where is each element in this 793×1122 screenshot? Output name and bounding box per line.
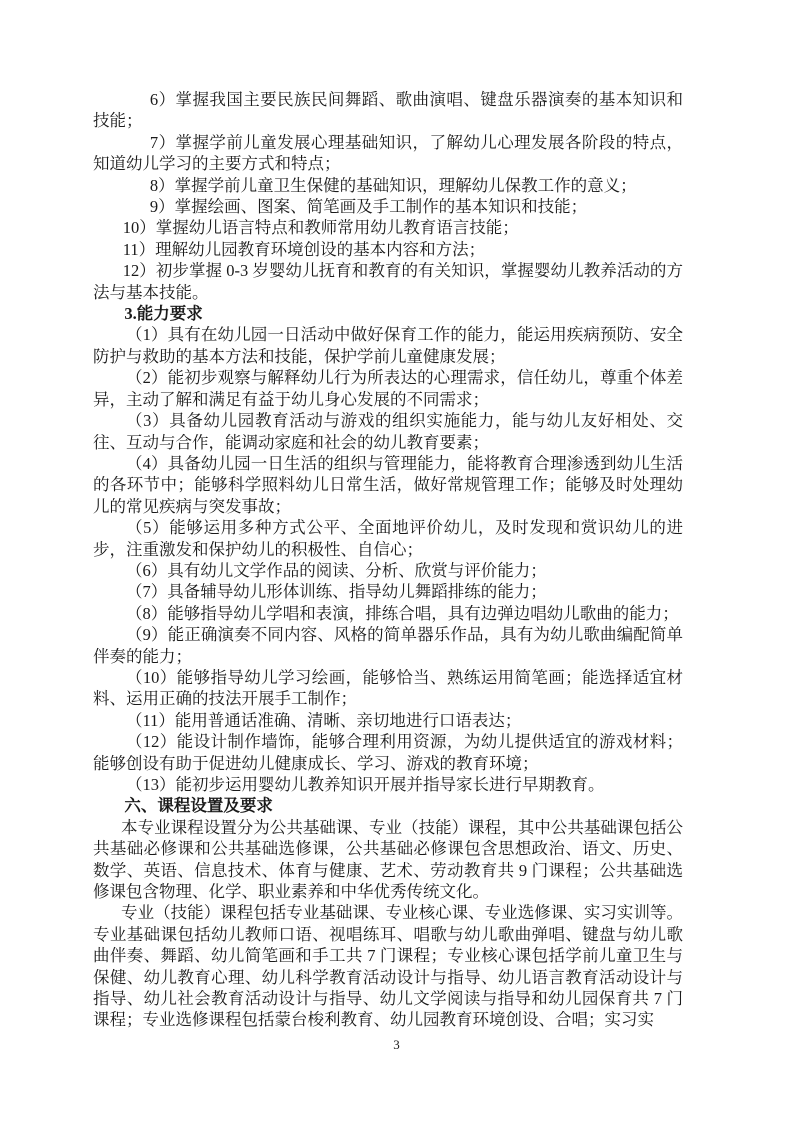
section-heading: 3.能力要求 (93, 303, 683, 324)
page-number: 3 (0, 1037, 793, 1053)
paragraph: （8）能够指导幼儿学唱和表演，排练合唱，具有边弹边唱幼儿歌曲的能力； (93, 603, 683, 624)
paragraph: 7）掌握学前儿童发展心理基础知识，了解幼儿心理发展各阶段的特点，知道幼儿学习的主… (93, 132, 683, 175)
document-page: 6）掌握我国主要民族民间舞蹈、歌曲演唱、键盘乐器演奏的基本知识和技能；7）掌握学… (0, 0, 793, 1122)
paragraph: （5）能够运用多种方式公平、全面地评价幼儿，及时发现和赏识幼儿的进步，注重激发和… (93, 517, 683, 560)
paragraph: （10）能够指导幼儿学习绘画，能够恰当、熟练运用简笔画；能选择适宜材料、运用正确… (93, 667, 683, 710)
paragraph: 12）初步掌握 0-3 岁婴幼儿抚育和教育的有关知识，掌握婴幼儿教养活动的方法与… (93, 260, 683, 303)
paragraph: 10）掌握幼儿语言特点和教师常用幼儿教育语言技能； (93, 217, 683, 238)
document-body: 6）掌握我国主要民族民间舞蹈、歌曲演唱、键盘乐器演奏的基本知识和技能；7）掌握学… (93, 89, 683, 1031)
paragraph: （7）具备辅导幼儿形体训练、指导幼儿舞蹈排练的能力； (93, 581, 683, 602)
paragraph: （9）能正确演奏不同内容、风格的简单器乐作品，具有为幼儿歌曲编配简单伴奏的能力； (93, 624, 683, 667)
paragraph: 11）理解幼儿园教育环境创设的基本内容和方法； (93, 239, 683, 260)
paragraph: 9）掌握绘画、图案、简笔画及手工制作的基本知识和技能； (93, 196, 683, 217)
paragraph: （2）能初步观察与解释幼儿行为所表达的心理需求，信任幼儿，尊重个体差异，主动了解… (93, 367, 683, 410)
paragraph: 6）掌握我国主要民族民间舞蹈、歌曲演唱、键盘乐器演奏的基本知识和技能； (93, 89, 683, 132)
paragraph: （4）具备幼儿园一日生活的组织与管理能力，能将教育合理渗透到幼儿生活的各环节中；… (93, 453, 683, 517)
paragraph: 8）掌握学前儿童卫生保健的基础知识，理解幼儿保教工作的意义； (93, 175, 683, 196)
paragraph: 本专业课程设置分为公共基础课、专业（技能）课程，其中公共基础课包括公共基础必修课… (93, 817, 683, 903)
paragraph: （6）具有幼儿文学作品的阅读、分析、欣赏与评价能力； (93, 560, 683, 581)
section-heading: 六、课程设置及要求 (93, 795, 683, 816)
paragraph: 专业（技能）课程包括专业基础课、专业核心课、专业选修课、实习实训等。专业基础课包… (93, 902, 683, 1030)
paragraph: （3）具备幼儿园教育活动与游戏的组织实施能力，能与幼儿友好相处、交往、互动与合作… (93, 410, 683, 453)
paragraph: （11）能用普通话准确、清晰、亲切地进行口语表达； (93, 710, 683, 731)
paragraph: （12）能设计制作墙饰，能够合理利用资源，为幼儿提供适宜的游戏材料；能够创设有助… (93, 731, 683, 774)
paragraph: （13）能初步运用婴幼儿教养知识开展并指导家长进行早期教育。 (93, 774, 683, 795)
paragraph: （1）具有在幼儿园一日活动中做好保育工作的能力，能运用疾病预防、安全防护与救助的… (93, 324, 683, 367)
